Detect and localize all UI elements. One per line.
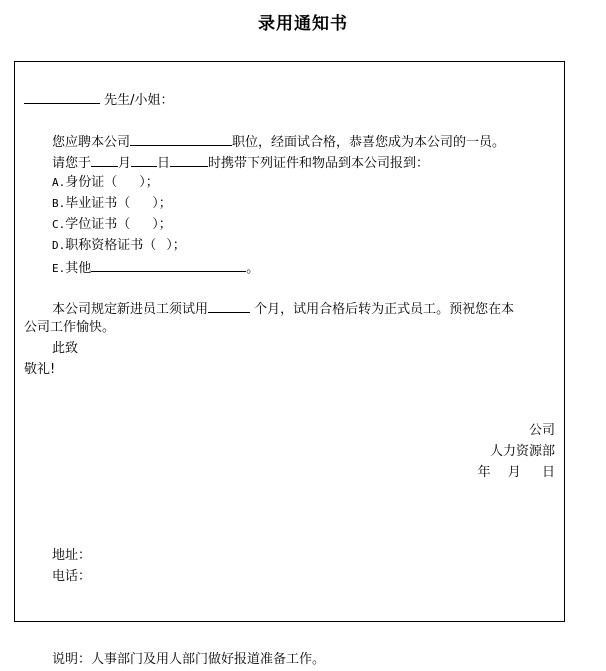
day-blank[interactable] — [131, 152, 157, 167]
other-blank[interactable] — [91, 257, 246, 272]
item-e: E.其他。 — [52, 257, 259, 277]
item-letter: D. — [52, 239, 65, 252]
item-label: 毕业证书（ — [65, 196, 130, 211]
month-blank[interactable] — [91, 152, 118, 167]
phone-label: 电话： — [52, 567, 91, 587]
signature-company: 公司 — [529, 421, 555, 441]
signature-date: 年 月 日 — [478, 463, 555, 483]
probation-line-2: 公司工作愉快。 — [24, 318, 115, 338]
item-label: 身份证（ — [65, 175, 117, 190]
closing-cizhi: 此致 — [52, 339, 78, 359]
name-blank[interactable] — [24, 89, 100, 104]
item-close: ）； — [139, 175, 159, 190]
item-letter: E. — [52, 262, 65, 275]
item-label: 学位证书（ — [65, 217, 130, 232]
report-date-line: 请您于月日时携带下列证件和物品到本公司报到： — [52, 152, 429, 172]
item-d: D.职称资格证书（）； — [52, 236, 186, 256]
item-label: 其他 — [65, 261, 91, 276]
item-close: ）； — [152, 217, 172, 232]
item-letter: C. — [52, 218, 65, 231]
probation-line: 本公司规定新进员工须试用 个月，试用合格后转为正式员工。预祝您在本 — [52, 298, 514, 318]
report-prefix: 请您于 — [52, 156, 91, 171]
item-close: ）； — [166, 238, 186, 253]
probation-months-blank[interactable] — [208, 298, 250, 313]
report-suffix: 时携带下列证件和物品到本公司报到： — [208, 156, 429, 171]
document-title: 录用通知书 — [0, 9, 606, 34]
item-letter: B. — [52, 197, 65, 210]
item-close: 。 — [246, 261, 259, 276]
item-close: ）； — [152, 196, 172, 211]
day-label: 日 — [157, 156, 170, 171]
item-label: 职称资格证书（ — [65, 238, 156, 253]
probation-suffix: 个月，试用合格后转为正式员工。预祝您在本 — [250, 302, 514, 317]
address-label: 地址： — [52, 546, 91, 566]
item-b: B.毕业证书（）； — [52, 194, 172, 214]
position-line: 您应聘本公司职位，经面试合格，恭喜您成为本公司的一员。 — [52, 131, 505, 151]
closing-jingli: 敬礼! — [24, 360, 55, 380]
hour-blank[interactable] — [170, 152, 208, 167]
footer-note: 说明：人事部门及用人部门做好报道准备工作。 — [52, 650, 325, 670]
salutation-text: 先生/小姐： — [104, 93, 173, 108]
item-a: A.身份证（）； — [52, 173, 159, 193]
month-label: 月 — [118, 156, 131, 171]
salutation-line: 先生/小姐： — [24, 89, 174, 109]
signature-department: 人力资源部 — [490, 442, 555, 462]
probation-prefix: 本公司规定新进员工须试用 — [52, 302, 208, 317]
position-prefix: 您应聘本公司 — [52, 135, 130, 150]
position-blank[interactable] — [130, 131, 232, 146]
position-suffix: 职位，经面试合格，恭喜您成为本公司的一员。 — [232, 135, 505, 150]
item-c: C.学位证书（）； — [52, 215, 172, 235]
item-letter: A. — [52, 176, 65, 189]
letter-frame: 先生/小姐： 您应聘本公司职位，经面试合格，恭喜您成为本公司的一员。 请您于月日… — [14, 61, 565, 622]
